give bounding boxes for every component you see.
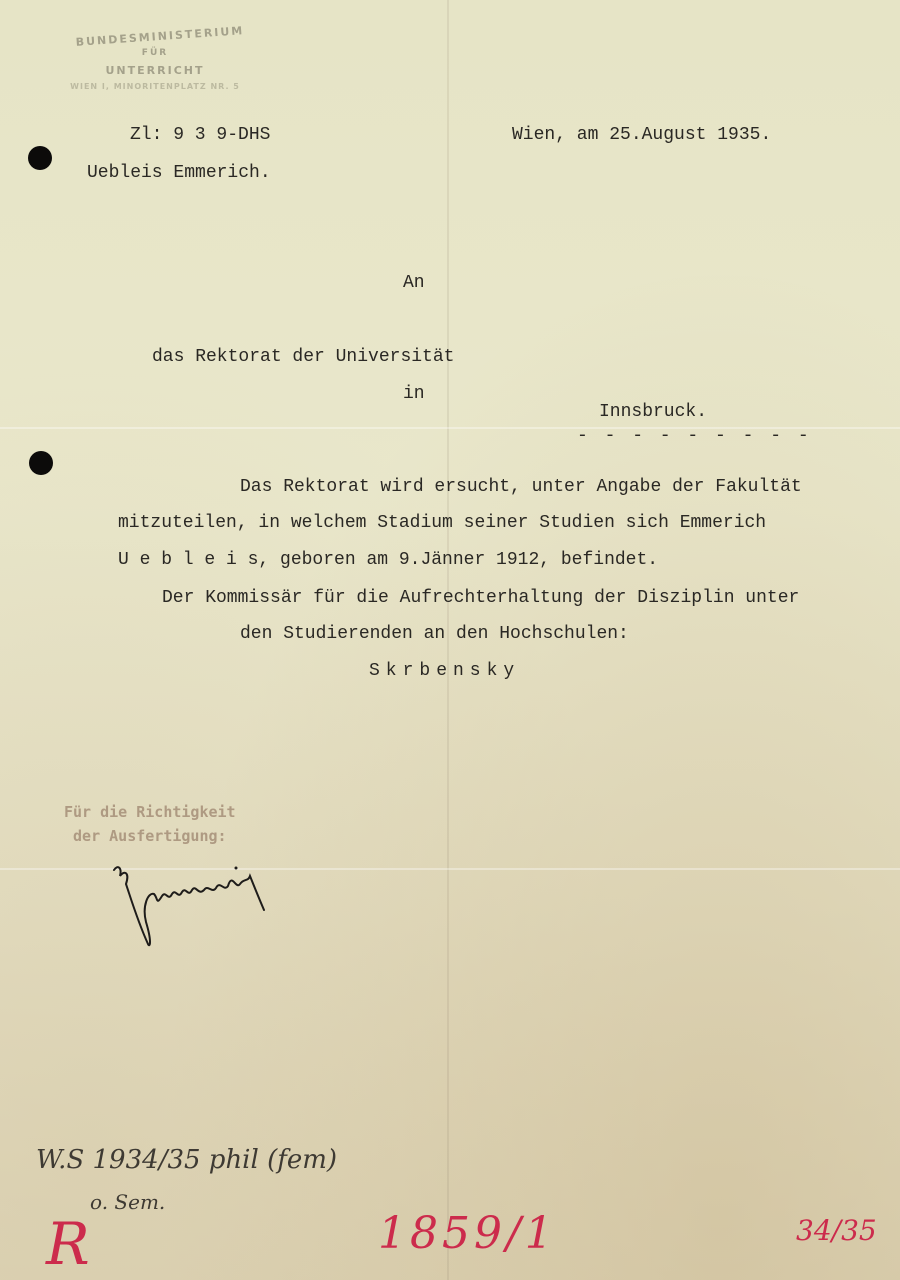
red-reference-annotation: 34/35: [796, 1214, 877, 1247]
red-number-annotation: 1859/1: [378, 1208, 557, 1259]
body-line: Das Rektorat wird ersucht, unter Angabe …: [240, 476, 802, 498]
handwritten-signature-icon: [108, 862, 278, 957]
address-city: Innsbruck.: [599, 401, 707, 423]
certification-stamp: Für die Richtigkeit der Ausfertigung:: [64, 800, 236, 848]
letterhead-line: WIEN I, MINORITENPLATZ NR. 5: [40, 82, 270, 91]
punch-hole-icon: [29, 451, 53, 475]
address-to: An: [403, 272, 425, 294]
closing-line: den Studierenden an den Hochschulen:: [240, 623, 629, 645]
body-line: U e b l e i s, geboren am 9.Jänner 1912,…: [118, 549, 658, 571]
red-initial-annotation: R: [46, 1210, 90, 1278]
letterhead-line: BUNDESMINISTERIUM: [60, 23, 260, 50]
closing-line: Der Kommissär für die Aufrechterhaltung …: [162, 587, 799, 609]
stamp-line: der Ausfertigung:: [73, 827, 227, 845]
body-line: mitzuteilen, in welchem Stadium seiner S…: [118, 512, 766, 534]
stamp-line: Für die Richtigkeit: [64, 803, 236, 821]
city-underline: - - - - - - - - -: [577, 426, 812, 446]
reference-number: Zl: 9 3 9-DHS: [130, 124, 270, 146]
signer-name: Skrbensky: [369, 660, 520, 682]
pencil-annotation: o. Sem.: [90, 1190, 165, 1214]
subject-line: Uebleis Emmerich.: [87, 162, 271, 184]
pencil-annotation: W.S 1934/35 phil (fem): [36, 1145, 337, 1175]
letterhead-line: UNTERRICHT: [40, 64, 270, 77]
punch-hole-icon: [28, 146, 52, 170]
ministry-letterhead-stamp: BUNDESMINISTERIUM FÜR UNTERRICHT WIEN I,…: [40, 28, 270, 103]
address-recipient: das Rektorat der Universität: [152, 346, 454, 368]
address-in: in: [403, 383, 425, 405]
place-date: Wien, am 25.August 1935.: [512, 124, 771, 146]
letterhead-line: FÜR: [40, 48, 270, 58]
